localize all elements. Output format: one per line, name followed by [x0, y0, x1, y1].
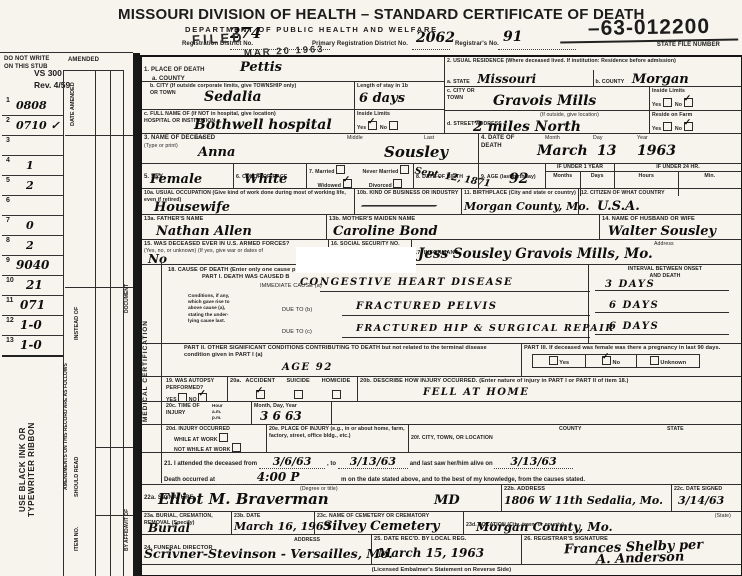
registrar-no-value: 91 [503, 30, 522, 44]
funeral-director-value: Scrivner-Stevinson - Versailles, Mo. [144, 548, 393, 561]
cause-of-death-block: INTERVAL BETWEEN ONSET AND DEATH 3 DAYS … [142, 265, 741, 344]
date-amended-label: DATE AMENDED [70, 73, 92, 135]
informant-address-label: Address [654, 241, 674, 248]
footer-row: (Licensed Embalmer's Statement on Revers… [142, 565, 741, 576]
sex-value: Female [150, 173, 202, 186]
field-20a-label: 20a. [230, 378, 241, 403]
state-file-number-stamp: –63-012200 STATE FILE NUMBER [560, 16, 738, 50]
death-certificate-scan: MISSOURI DIVISION OF HEALTH – STANDARD C… [0, 0, 742, 576]
length-of-stay-value: 6 days [359, 92, 405, 105]
should-read-label: SHOULD READ [74, 442, 92, 512]
part1-header: PART I. DEATH WAS CAUSED B [202, 274, 290, 281]
field-residence-state: a. STATE Missouri [445, 70, 593, 86]
year-label: Year [637, 135, 648, 142]
state-note: (State) [715, 513, 731, 520]
yes-label: Yes [357, 125, 366, 131]
checkbox-while-at-work [219, 433, 228, 442]
usual-residence-label: 2. USUAL RESIDENCE (Where deceased lived… [445, 57, 741, 70]
how-injury-value: FELL AT HOME [423, 388, 529, 398]
filed-stamp-word: FILED [192, 30, 245, 48]
funeral-row: 24. FUNERAL DIRECTOR ADDRESS Scrivner-St… [142, 535, 741, 565]
field-time-of-injury: 20c. TIME OF INJURY Hour a.m. p.m. [164, 402, 252, 424]
residence-city-label: c. CITY OR TOWN [447, 88, 487, 101]
part3-label: PART III. If deceased was female was the… [524, 345, 739, 352]
homicide-label: HOMICIDE [317, 378, 355, 385]
state-file-number-value: –63-012200 [560, 14, 738, 43]
field-marital-status: 7. Married Never Married Widowed ✓ Divor… [307, 164, 414, 188]
business-dash-value: — [357, 199, 441, 211]
name-date-row: 3. NAME OF DECEASED (Type or print) Firs… [142, 134, 741, 164]
age-value: 92 [509, 172, 528, 186]
immediate-cause-value: CONGESTIVE HEART DISEASE [300, 278, 513, 288]
field-residence-county: b. COUNTY Morgan [593, 70, 742, 86]
field-registrar-signature: 26. REGISTRAR'S SIGNATURE Frances Shelby… [522, 535, 741, 564]
field-date-signed: 22c. DATE SIGNED 3/14/63 [672, 485, 741, 511]
part2-label: PART II. OTHER SIGNIFICANT CONDITIONS CO… [184, 345, 514, 359]
farm-label: Reside on Farm [652, 112, 739, 119]
attended-to-label: , to [327, 461, 336, 467]
checkbox-pregnancy-unknown [650, 356, 659, 365]
rule [342, 315, 590, 316]
conditions-note: Conditions, if any, which gave rise to a… [188, 294, 232, 325]
item-no-label: ITEM NO. [74, 516, 92, 562]
attended-from-value: 3/6/63 [259, 455, 326, 469]
death-month-value: March [537, 144, 588, 158]
father-value: Nathan Allen [156, 225, 252, 238]
day-label: Day [593, 135, 603, 142]
registrar-no-label: Registrar's No. [455, 41, 499, 49]
attended-mid: and last saw her/him alive on [410, 461, 493, 467]
grid-line [95, 447, 133, 448]
occupation-row: 10a. USUAL OCCUPATION (Give kind of work… [142, 189, 741, 215]
due-to-c-label: DUE TO (c) [282, 329, 312, 336]
field-length-of-stay: Length of stay in 1b 6 days [354, 82, 444, 109]
date-received-value: March 15, 1963 [378, 547, 484, 559]
field-citizen: 12. CITIZEN OF WHAT COUNTRY U.S.A. [579, 189, 741, 214]
place-residence-block: 1. PLACE OF DEATH a. COUNTY Pettis b. CI… [142, 57, 741, 134]
place-of-injury-label: 20e. PLACE OF INJURY (e.g., in or about … [269, 426, 406, 439]
mother-value: Caroline Bond [333, 225, 438, 238]
field-usual-occupation: 10a. USUAL OCCUPATION (Give kind of work… [142, 189, 355, 214]
never-married-label: Never Married [363, 169, 399, 175]
stub-row: 41 [2, 156, 63, 176]
death-year-value: 1963 [637, 144, 676, 158]
divorced-label: Divorced [369, 183, 392, 189]
stub-row: 20710 ✓ [2, 116, 63, 136]
race-value: White [244, 173, 287, 186]
reverse-side-note: (Licensed Embalmer's Statement on Revers… [142, 565, 741, 574]
by-affidavit-label: BY AFFIDAVIT OF [124, 492, 133, 568]
funeral-address-label: ADDRESS [294, 537, 320, 544]
checkbox-widowed: ✓ [343, 179, 352, 188]
burial-value: Burial [148, 522, 190, 534]
stub-row: 131-0 [2, 336, 63, 357]
field-birthplace: 11. BIRTHPLACE (City and state or countr… [462, 189, 579, 214]
rule [412, 49, 450, 50]
checkbox-not-while-at-work [232, 443, 241, 452]
checkbox-suicide [294, 390, 303, 399]
field-burial-date: 23b. DATE March 16, 1963 [232, 512, 315, 534]
usual-residence-section: 2. USUAL RESIDENCE (Where deceased lived… [445, 57, 741, 133]
physician-address-label: 22b. ADDRESS [504, 486, 669, 493]
left-stub: DO NOT WRITE ON THIS STUB AMENDED VS 300… [0, 0, 133, 576]
accident-label: ACCIDENT [241, 378, 279, 385]
field-part2-conditions: PART II. OTHER SIGNIFICANT CONDITIONS CO… [164, 344, 522, 376]
while-at-work-label: WHILE AT WORK [174, 437, 218, 443]
amended-label: AMENDED [68, 57, 99, 65]
amendments-header-label: AMENDMENTS ON THIS RECORD ARE AS FOLLOWS [63, 286, 74, 568]
state-file-number-label: STATE FILE NUMBER [560, 42, 738, 50]
interval-header: INTERVAL BETWEEN ONSET AND DEATH [625, 266, 705, 279]
cemetery-value: Silvey Cemetery [323, 520, 440, 533]
checkbox-residence-inside-yes [663, 98, 672, 107]
field-age: 9. AGE (last birthday) 92 [479, 164, 546, 188]
checkbox-homicide [332, 390, 341, 399]
stub-row: 3 [2, 136, 63, 156]
field-how-injury-occurred: 20b. DESCRIBE HOW INJURY OCCURRED. (Ente… [358, 377, 741, 401]
interval-b-value: 6 DAYS [609, 301, 659, 311]
attended-row: 21. I attended the deceased from 3/6/63 … [142, 453, 741, 485]
place-of-death-label: 1. PLACE OF DEATH [144, 67, 205, 73]
field-date-of-death: 4. DATE OF DEATH Month Day Year March 13… [479, 134, 741, 163]
checkbox-autopsy-no: ✓ [198, 393, 207, 402]
father-label: 13a. FATHER'S NAME [144, 216, 324, 223]
autopsy-row: 19. WAS AUTOPSY PERFORMED? YES NO ✓ 20a.… [142, 377, 741, 402]
field-residence-inside-limits: Inside Limits Yes No ✓ [649, 87, 741, 110]
date-signed-value: 3/14/63 [678, 495, 724, 506]
grid-line [63, 70, 123, 71]
time-of-injury-label: 20c. TIME OF INJURY [166, 403, 212, 421]
rule [595, 312, 729, 313]
field-color-or-race: 6. COLOR OR RACE White [234, 164, 307, 188]
street-row: d. STREET ADDRESS (If outside, give loca… [445, 111, 741, 133]
use-black-ink-note: USE BLACK INK OR TYPEWRITER RIBBON [18, 372, 36, 567]
checkbox-accident: ✓ [256, 390, 265, 399]
street-note: (If outside, give location) [540, 112, 599, 119]
death-occurred-post: m on the date stated above, and to the b… [341, 477, 585, 483]
medical-certification-label: MEDICAL CERTIFICATION [142, 271, 149, 471]
redaction-overlay [296, 247, 416, 273]
due-to-c-value: FRACTURED HIP & SURGICAL REPAIR [356, 324, 615, 334]
death-occurred-pre: Death occurred at [164, 477, 215, 483]
burial-row: 23a. BURIAL, CREMATION, REMOVAL (Specify… [142, 512, 741, 535]
time-of-injury-row: 20c. TIME OF INJURY Hour a.m. p.m. Month… [142, 402, 741, 425]
stub-row: 70 [2, 216, 63, 236]
residence-county-value: Morgan [632, 72, 689, 87]
field-sex: 5. SEX Female [142, 164, 234, 188]
date-received-label: 25. DATE REC'D. BY LOCAL REG. [374, 536, 519, 543]
field-father-name: 13a. FATHER'S NAME Nathan Allen [142, 215, 327, 239]
mother-label: 13b. MOTHER'S MAIDEN NAME [329, 216, 597, 223]
field-if-under-1-year: IF UNDER 1 YEAR Months Days [546, 164, 615, 188]
parents-row: 13a. FATHER'S NAME Nathan Allen 13b. MOT… [142, 215, 741, 240]
field-injury-location: 20f. CITY, TOWN, OR LOCATION COUNTY STAT… [409, 425, 741, 452]
stub-code-rows: 10808 20710 ✓ 3 41 52 6 70 82 99040 1021… [2, 96, 63, 357]
last-name-value: Sousley [384, 145, 448, 160]
signature-row: 22a. SIGNATURE (Degree or title) Elliot … [142, 485, 741, 512]
grid-line [95, 70, 96, 576]
rule [498, 49, 576, 50]
how-injury-label: 20b. DESCRIBE HOW INJURY OCCURRED. (Ente… [360, 378, 739, 385]
checkbox-pregnancy-yes [549, 356, 558, 365]
rule [230, 49, 330, 50]
state-value: Missouri [477, 72, 536, 86]
injury-date-value: 3 6 63 [260, 410, 302, 422]
field-informant: 17. INFORMANT Address Jess Sousley Gravo… [412, 240, 741, 264]
field-part3-pregnancy: PART III. If deceased was female was the… [522, 344, 741, 376]
field-city: b. CITY (If outside corporate limits, gi… [142, 82, 354, 109]
field-injury-date: Month, Day, Year 3 6 63 [252, 402, 332, 424]
first-name-value: Anna [198, 146, 235, 159]
checkbox-married [336, 165, 345, 174]
injury-time-blank [332, 402, 741, 424]
stub-row: 10808 [2, 96, 63, 116]
street-value: 2 miles North [473, 120, 581, 134]
widowed-label: Widowed [318, 183, 341, 189]
autopsy-label: 19. WAS AUTOPSY PERFORMED? [166, 378, 225, 391]
armed-forces-row: 15. WAS DECEASED EVER IN U.S. ARMED FORC… [142, 240, 741, 265]
stub-row: 1021 [2, 276, 63, 296]
field-injury-occurred: 20d. INJURY OCCURRED WHILE AT WORK NOT W… [164, 425, 267, 452]
document-label: DOCUMENT [124, 266, 133, 332]
field-date-of-birth: 8. DATE OF BIRTH Sept. 12, 1871 [414, 164, 479, 188]
field-husband-or-wife: 14. NAME OF HUSBAND OR WIFE Walter Sousl… [600, 215, 741, 239]
stub-divider-bar [133, 53, 140, 576]
field-autopsy: 19. WAS AUTOPSY PERFORMED? YES NO ✓ [164, 377, 228, 401]
field-if-under-24-hr: IF UNDER 24 HR. Hours Min. [615, 164, 741, 188]
rule [595, 334, 729, 335]
part2-part3-row: PART II. OTHER SIGNIFICANT CONDITIONS CO… [142, 344, 741, 377]
stub-row: 82 [2, 236, 63, 256]
field-burial-type: 23a. BURIAL, CREMATION, REMOVAL (Specify… [142, 512, 232, 534]
burial-date-label: 23b. DATE [234, 513, 312, 520]
due-to-b-value: FRACTURED PELVIS [356, 302, 498, 312]
pm-label: p.m. [212, 415, 223, 421]
field-place-of-injury: 20e. PLACE OF INJURY (e.g., in or about … [267, 425, 409, 452]
field-county: 1. PLACE OF DEATH a. COUNTY Pettis [142, 57, 444, 82]
grid-line [65, 287, 133, 288]
husband-value: Walter Sousley [608, 225, 716, 238]
death-day-value: 13 [597, 144, 616, 158]
date-of-death-label: 4. DATE OF DEATH [481, 135, 517, 150]
physician-signature-value: Elliot M. Braverman [158, 492, 329, 507]
under-1-year-header: IF UNDER 1 YEAR [546, 164, 614, 172]
field-mother-maiden-name: 13b. MOTHER'S MAIDEN NAME Caroline Bond [327, 215, 600, 239]
last-seen-value: 3/13/63 [494, 455, 572, 469]
injury-place-row: 20d. INJURY OCCURRED WHILE AT WORK NOT W… [142, 425, 741, 453]
rule [595, 290, 729, 291]
residence-city-value: Gravois Mills [493, 94, 596, 108]
state-label: a. STATE [447, 79, 470, 85]
interval-a-value: 3 DAYS [605, 280, 655, 290]
birthplace-value: Morgan County, Mo. [464, 201, 589, 212]
cause-of-death-header: 18. CAUSE OF DEATH (Enter only one cause… [168, 267, 296, 274]
last-label: Last [424, 135, 434, 142]
stub-row: 52 [2, 176, 63, 196]
stub-row: 121-0 [2, 316, 63, 336]
checkbox-pregnancy-no: ✓ [602, 356, 611, 365]
married-label: 7. Married [309, 169, 335, 175]
due-to-b-label: DUE TO (b) [282, 307, 312, 314]
part2-value: AGE 92 [282, 363, 333, 373]
city-value: Sedalia [204, 90, 262, 104]
first-label: First [194, 135, 205, 142]
interval-c-value: 6 DAYS [609, 322, 659, 332]
business-label: 10b. KIND OF BUSINESS OR INDUSTRY [357, 190, 459, 197]
grid-line [65, 135, 133, 136]
checkbox-divorced [393, 179, 402, 188]
field-cemetery-location: 23d. LOCATION (City, town, or county) (S… [464, 512, 741, 534]
inside-limits-label: Inside Limits [652, 88, 739, 95]
county-value: Pettis [240, 61, 282, 74]
attended-to-value: 3/13/63 [338, 455, 408, 469]
checkbox-autopsy-yes [178, 393, 187, 402]
hospital-row: c. FULL NAME OF (If NOT in hospital, giv… [142, 110, 444, 133]
physician-address-value: 1806 W 11th Sedalia, Mo. [504, 495, 663, 506]
birthplace-label: 11. BIRTHPLACE (City and state or countr… [464, 190, 576, 197]
form-number: VS 300 [34, 68, 70, 80]
checkbox-farm-no: ✓ [684, 122, 693, 131]
pregnancy-options: Yes ✓ No Unknown [532, 354, 739, 368]
field-accident-suicide-homicide: 20a. ACCIDENT✓ SUICIDE HOMICIDE [228, 377, 358, 401]
field-date-received: 25. DATE REC'D. BY LOCAL REG. March 15, … [372, 535, 522, 564]
checkbox-place-inside-no [389, 121, 398, 130]
death-time-value: 4:00 P [217, 470, 340, 485]
primary-district-value: 2062 [416, 31, 455, 45]
medical-certification-strip: MEDICAL CERTIFICATION [142, 263, 162, 483]
field-reside-on-farm: Reside on Farm Yes No ✓ [649, 111, 741, 133]
injury-state-label: STATE [667, 426, 684, 433]
under-24-hr-header: IF UNDER 24 HR. [615, 164, 741, 172]
grid-line [0, 52, 133, 53]
rule [320, 291, 590, 292]
field-business-industry: 10b. KIND OF BUSINESS OR INDUSTRY — [355, 189, 462, 214]
checkbox-farm-yes [663, 122, 672, 131]
place-of-death-section: 1. PLACE OF DEATH a. COUNTY Pettis b. CI… [142, 57, 445, 133]
stub-row: 99040 [2, 256, 63, 276]
field-hospital: c. FULL NAME OF (If NOT in hospital, giv… [142, 110, 354, 133]
sex-race-row: 5. SEX Female 6. COLOR OR RACE White 7. … [142, 164, 741, 189]
stub-row: 11071 [2, 296, 63, 316]
residence-city-row: c. CITY OR TOWN Gravois Mills Inside Lim… [445, 87, 741, 111]
injury-city-label: 20f. CITY, TOWN, OR LOCATION [411, 435, 493, 441]
checkbox-residence-inside-no: ✓ [684, 98, 693, 107]
checkbox-place-inside-yes: ✓ [368, 121, 377, 130]
attended-statement: 21. I attended the deceased from 3/6/63 … [164, 453, 741, 484]
cemetery-location-value: Morgan County, Mo. [476, 521, 613, 533]
injury-county-label: COUNTY [559, 426, 582, 433]
primary-district-label: Primary Registration District No. [312, 41, 408, 49]
city-row: b. CITY (If outside corporate limits, gi… [142, 82, 444, 110]
field-physician-signature: 22a. SIGNATURE (Degree or title) Elliot … [142, 485, 502, 511]
occupation-value: Housewife [154, 201, 230, 214]
date-signed-label: 22c. DATE SIGNED [674, 486, 739, 493]
county-label: b. COUNTY [596, 79, 625, 85]
field-physician-address: 22b. ADDRESS 1806 W 11th Sedalia, Mo. [502, 485, 672, 511]
certificate-form: 1. PLACE OF DEATH a. COUNTY Pettis b. CI… [140, 55, 742, 576]
field-street-address: d. STREET ADDRESS (If outside, give loca… [445, 111, 649, 133]
form-revision: Rev. 4/59 [34, 80, 70, 92]
field-funeral-director: 24. FUNERAL DIRECTOR ADDRESS Scrivner-St… [142, 535, 372, 564]
grid-line [110, 70, 111, 576]
length-of-stay-label: Length of stay in 1b [357, 83, 442, 90]
informant-value: Jess Sousley Gravois Mills, Mo. [418, 248, 653, 262]
form-number-block: VS 300 Rev. 4/59 [34, 68, 70, 92]
husband-label: 14. NAME OF HUSBAND OR WIFE [602, 216, 739, 223]
state-county-row: a. STATE Missouri b. COUNTY Morgan [445, 70, 741, 87]
no-label: No [380, 125, 387, 131]
attended-pre: 21. I attended the deceased from [164, 461, 257, 467]
field-residence-city: c. CITY OR TOWN Gravois Mills [445, 87, 649, 110]
rule [342, 337, 590, 338]
instead-of-label: INSTEAD OF [74, 296, 92, 350]
stub-row: 6 [2, 196, 63, 216]
hospital-value: Bothwell hospital [194, 118, 332, 132]
citizen-label: 12. CITIZEN OF WHAT COUNTRY [581, 190, 739, 197]
checkbox-never-married [400, 165, 409, 174]
citizen-value: U.S.A. [597, 200, 640, 213]
field-name-of-deceased: 3. NAME OF DECEASED (Type or print) Firs… [142, 134, 479, 163]
suicide-label: SUICIDE [279, 378, 317, 385]
month-label: Month [545, 135, 560, 142]
field-place-inside-limits: Inside Limits Yes ✓ No [354, 110, 444, 133]
physician-degree-value: MD [434, 494, 460, 507]
middle-label: Middle [347, 135, 363, 142]
field-cemetery: 23c. NAME OF CEMETERY OR CREMATORY Silve… [315, 512, 464, 534]
